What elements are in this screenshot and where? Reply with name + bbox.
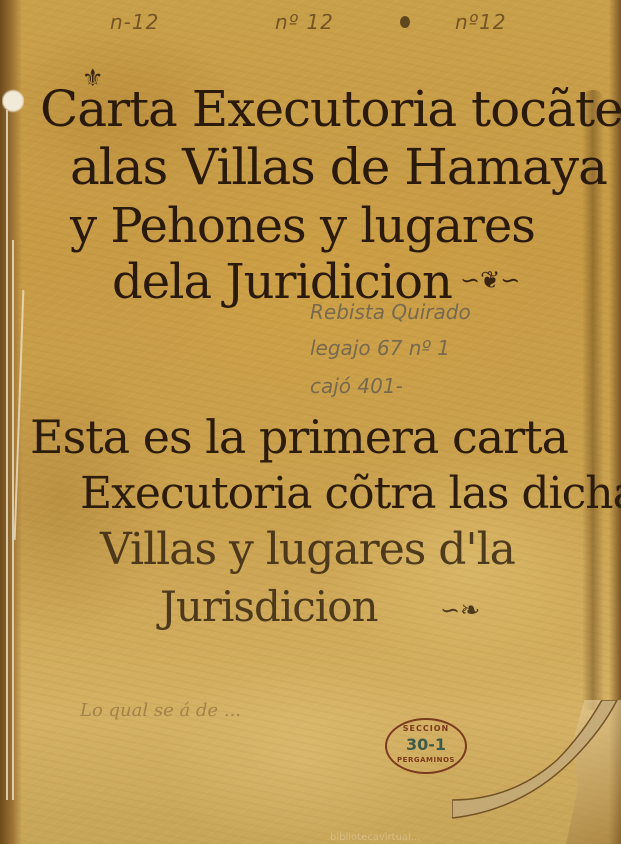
stamp-section-label: SECCION	[387, 724, 465, 733]
stamp-number: 30-1	[387, 735, 465, 754]
archive-stamp: SECCION 30-1 PERGAMINOS	[385, 718, 467, 774]
title-line-1: Carta Executoria tocãte	[40, 80, 621, 138]
binding-thread	[6, 110, 8, 800]
pencil-note-line: Rebista Quirado	[310, 300, 471, 324]
title-line-3: y Pehones y lugares	[70, 198, 535, 254]
shelf-mark: nº 12	[275, 10, 334, 34]
parchment-page: n-12 nº 12 nº12 ⚜ Carta Executoria tocãt…	[0, 0, 621, 844]
faded-inscription: Lo qual se á de ...	[80, 700, 241, 721]
subtitle-line-1: Esta es la primera carta	[30, 410, 568, 464]
title-line-2: alas Villas de Hamaya	[70, 138, 607, 196]
flourish-ornament-icon: ∽❦∽	[460, 266, 520, 294]
watermark: bibliotecavirtual...	[330, 832, 420, 843]
pencil-note-line: legajo 67 nº 1	[310, 336, 450, 360]
flourish-ornament-icon: ∽❧	[440, 596, 480, 624]
subtitle-line-4: Jurisdicion	[160, 582, 378, 631]
stamp-collection-label: PERGAMINOS	[387, 756, 465, 764]
shelf-mark: n-12	[110, 10, 159, 34]
shelf-marks: n-12 nº 12 nº12	[0, 10, 621, 40]
subtitle-line-3: Villas y lugares d'la	[100, 524, 515, 575]
subtitle-line-2: Executoria cõtra las dichas	[80, 468, 621, 519]
leather-strap	[452, 700, 621, 820]
ink-blot	[400, 16, 410, 28]
pencil-note-line: cajó 401-	[310, 374, 403, 398]
shelf-mark: nº12	[455, 10, 507, 34]
